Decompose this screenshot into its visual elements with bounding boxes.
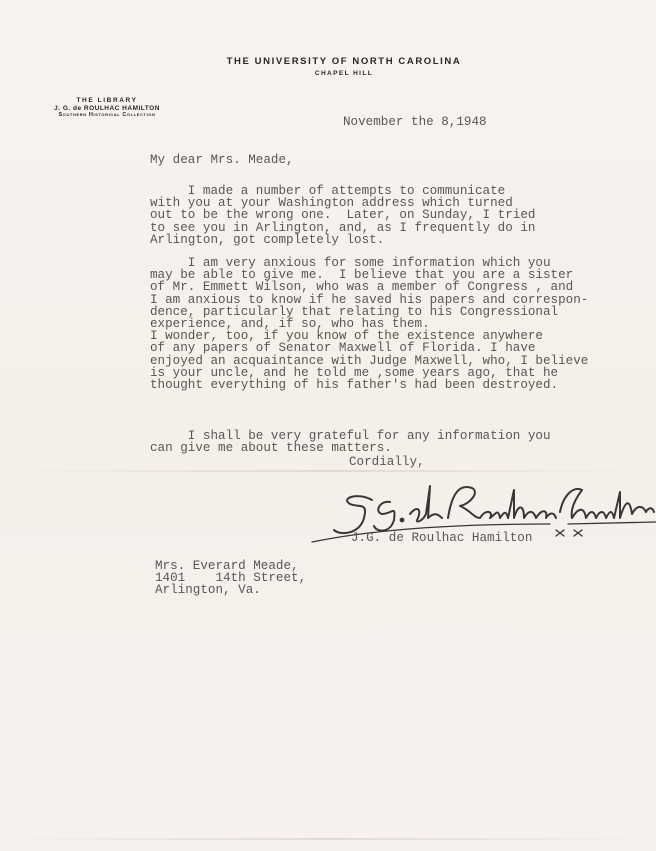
letterhead-institution: THE UNIVERSITY OF NORTH CAROLINA — [0, 56, 656, 67]
letter-date: November the 8,1948 — [343, 116, 487, 128]
paper-fold-line — [0, 470, 656, 472]
library-line-1: THE LIBRARY — [22, 97, 192, 105]
library-line-2: J. G. de ROULHAC HAMILTON — [22, 105, 192, 113]
paper-fold-line — [0, 838, 656, 840]
paragraph-2: I am very anxious for some information w… — [150, 257, 588, 391]
salutation: My dear Mrs. Meade, — [150, 154, 294, 166]
address-line: Arlington, Va. — [155, 584, 306, 596]
closing: Cordially, — [349, 456, 425, 468]
paragraph-1: I made a number of attempts to communica… — [150, 185, 535, 246]
library-line-3: Southern Historical Collection — [22, 112, 192, 120]
paragraph-3: I shall be very grateful for any informa… — [150, 430, 551, 454]
letterhead-location: CHAPEL HILL — [0, 70, 656, 77]
recipient-address: Mrs. Everard Meade, 1401 14th Street, Ar… — [155, 560, 306, 597]
typed-signature: J.G. de Roulhac Hamilton — [351, 532, 532, 544]
letter-page: THE UNIVERSITY OF NORTH CAROLINA CHAPEL … — [0, 0, 656, 851]
library-letterhead: THE LIBRARY J. G. de ROULHAC HAMILTON So… — [22, 97, 192, 120]
